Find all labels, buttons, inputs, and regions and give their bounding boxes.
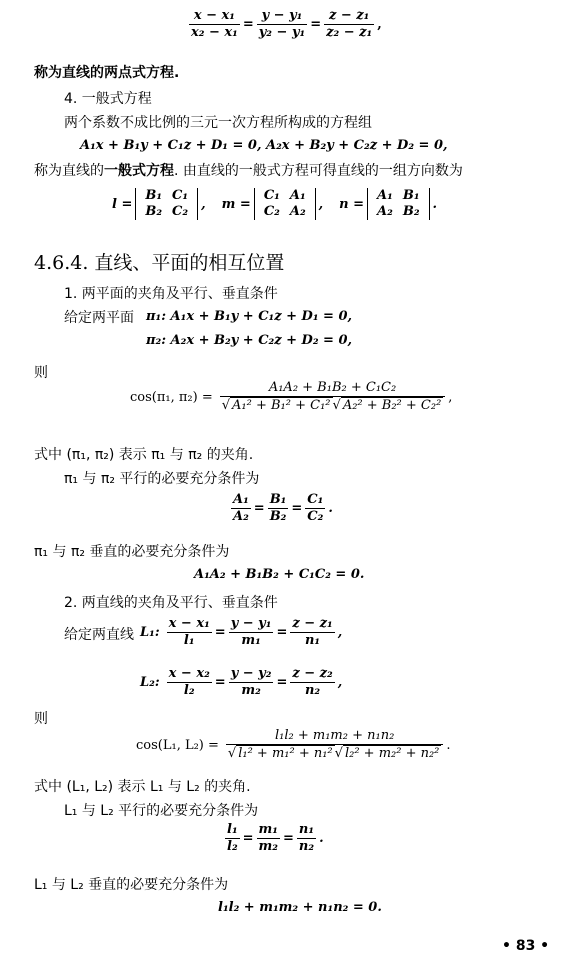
plane1-equation: π₁: A₁x + B₁y + C₁z + D₁ = 0, xyxy=(146,309,352,324)
lines-perpendicular-condition: L₁ 与 L₂ 垂直的必要充分条件为 xyxy=(34,876,228,894)
formula-general: A₁x + B₁y + C₁z + D₁ = 0, A₂x + B₂y + C₂… xyxy=(80,138,448,153)
formula-two-point: x − x₁x₂ − x₁ = y − y₁y₂ − y₁ = z − z₁z₂… xyxy=(186,8,382,41)
given-planes-label: 给定两平面 xyxy=(64,309,134,327)
fraction: x − x₁x₂ − x₁ xyxy=(189,8,240,41)
determinant-n: A₁B₁A₂B₂ xyxy=(367,188,429,220)
fraction: A₁A₂ + B₁B₂ + C₁C₂ √A₁² + B₁² + C₁²√A₂² … xyxy=(220,380,446,414)
planes-perpendicular-condition: π₁ 与 π₂ 垂直的必要充分条件为 xyxy=(34,543,229,561)
section-title: 4.6.4. 直线、平面的相互位置 xyxy=(34,248,284,275)
lines-perpendicular-formula: l₁l₂ + m₁m₂ + n₁n₂ = 0. xyxy=(218,900,382,915)
fraction: z − z₁z₂ − z₁ xyxy=(324,8,374,41)
direction-numbers-formula: l = B₁C₁B₂C₂ , m = C₁A₁C₂A₂ , n = A₁B₁A₂… xyxy=(112,188,437,220)
line2-equation: L₂: x − x₂l₂ = y − y₂m₂ = z − z₂n₂ , xyxy=(140,666,342,699)
cos-lines-formula: cos(L₁, L₂) = l₁l₂ + m₁m₂ + n₁n₂ √l₁² + … xyxy=(136,728,451,762)
lines-parallel-condition: L₁ 与 L₂ 平行的必要充分条件为 xyxy=(64,802,258,820)
determinant-l: B₁C₁B₂C₂ xyxy=(135,188,198,220)
determinant-m: C₁A₁C₂A₂ xyxy=(254,188,316,220)
plane2-equation: π₂: A₂x + B₂y + C₂z + D₂ = 0, xyxy=(146,333,352,348)
then-label: 则 xyxy=(34,364,48,382)
item4-heading: 4. 一般式方程 xyxy=(64,90,152,108)
planes-angle-description: 式中 (π₁, π₂) 表示 π₁ 与 π₂ 的夹角. xyxy=(34,446,253,464)
general-name-text: 称为直线的一般式方程. 由直线的一般式方程可得直线的一组方向数为 xyxy=(34,162,463,180)
subsection2-heading: 2. 两直线的夹角及平行、垂直条件 xyxy=(64,594,278,612)
given-lines-label: 给定两直线 xyxy=(64,626,134,644)
line1-equation: L₁: x − x₁l₁ = y − y₁m₁ = z − z₁n₁ , xyxy=(140,616,342,649)
fraction: y − y₁y₂ − y₁ xyxy=(257,8,307,41)
planes-parallel-condition: π₁ 与 π₂ 平行的必要充分条件为 xyxy=(64,470,259,488)
cos-planes-formula: cos(π₁, π₂) = A₁A₂ + B₁B₂ + C₁C₂ √A₁² + … xyxy=(130,380,452,414)
lines-parallel-formula: l₁l₂ = m₁m₂ = n₁n₂ . xyxy=(222,822,324,855)
item4-description: 两个系数不成比例的三元一次方程所构成的方程组 xyxy=(64,114,372,132)
planes-perpendicular-formula: A₁A₂ + B₁B₂ + C₁C₂ = 0. xyxy=(194,567,364,582)
page-number: • 83 • xyxy=(502,938,549,954)
planes-parallel-formula: A₁A₂ = B₁B₂ = C₁C₂ . xyxy=(228,492,333,525)
fraction: l₁l₂ + m₁m₂ + n₁n₂ √l₁² + m₁² + n₁²√l₂² … xyxy=(226,728,444,762)
subsection1-heading: 1. 两平面的夹角及平行、垂直条件 xyxy=(64,285,278,303)
lines-angle-description: 式中 (L₁, L₂) 表示 L₁ 与 L₂ 的夹角. xyxy=(34,778,251,796)
two-point-name-text: 称为直线的两点式方程. xyxy=(34,64,179,82)
then-label-2: 则 xyxy=(34,710,48,728)
